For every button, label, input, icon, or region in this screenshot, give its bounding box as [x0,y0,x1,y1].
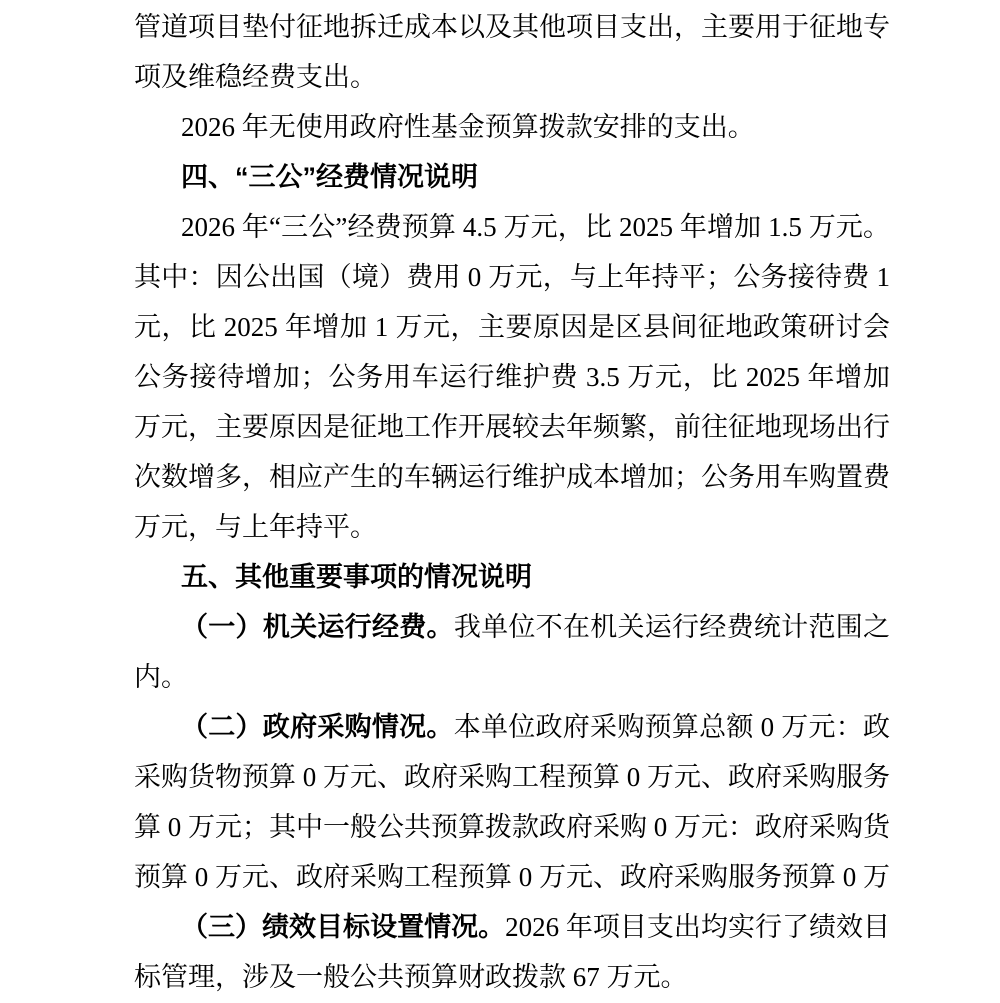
text-line: （一）机关运行经费。我单位不在机关运行经费统计范围之 [134,602,890,652]
text-segment: 采购货物预算 0 万元、政府采购工程预算 0 万元、政府采购服务预 [134,762,890,802]
text-line: 其中：因公出国（境）费用 0 万元，与上年持平；公务接待费 1 万 [134,252,890,302]
text-segment: 元，比 2025 年增加 1 万元，主要原因是区县间征地政策研讨会等 [134,312,890,352]
text-segment: 算 0 万元；其中一般公共预算拨款政府采购 0 万元：政府采购货物 [134,812,890,852]
text-segment: 2026 年无使用政府性基金预算拨款安排的支出。 [181,112,755,142]
text-line: （三）绩效目标设置情况。2026 年项目支出均实行了绩效目 [134,902,890,952]
text-segment: 次数增多，相应产生的车辆运行维护成本增加；公务用车购置费 0 [134,462,890,502]
text-segment: 万元，主要原因是征地工作开展较去年频繁，前往征地现场出行 [134,412,890,442]
text-line: 元，比 2025 年增加 1 万元，主要原因是区县间征地政策研讨会等 [134,302,890,352]
document-content: 管道项目垫付征地拆迁成本以及其他项目支出，主要用于征地专项及维稳经费支出。202… [134,2,890,1002]
text-line: 采购货物预算 0 万元、政府采购工程预算 0 万元、政府采购服务预 [134,752,890,802]
text-line: 2026 年“三公”经费预算 4.5 万元，比 2025 年增加 1.5 万元。 [134,202,890,252]
section-heading: 五、其他重要事项的情况说明 [134,552,890,602]
bold-lead-text: 四、“三公”经费情况说明 [181,162,478,192]
text-segment: 管道项目垫付征地拆迁成本以及其他项目支出，主要用于征地专 [134,12,890,42]
text-segment: 公务接待增加；公务用车运行维护费 3.5 万元，比 2025 年增加 0.5 [134,362,890,402]
text-segment: 预算 0 万元、政府采购工程预算 0 万元、政府采购服务预算 0 万元。 [134,862,890,902]
text-segment: 其中：因公出国（境）费用 0 万元，与上年持平；公务接待费 1 万 [134,262,890,302]
text-line: 算 0 万元；其中一般公共预算拨款政府采购 0 万元：政府采购货物 [134,802,890,852]
bold-lead-text: （三）绩效目标设置情况。 [181,912,505,942]
document-page: 管道项目垫付征地拆迁成本以及其他项目支出，主要用于征地专项及维稳经费支出。202… [0,0,1000,1003]
text-segment: 我单位不在机关运行经费统计范围之 [454,612,890,642]
text-line: 管道项目垫付征地拆迁成本以及其他项目支出，主要用于征地专 [134,2,890,52]
text-line: 次数增多，相应产生的车辆运行维护成本增加；公务用车购置费 0 [134,452,890,502]
text-line: 标管理，涉及一般公共预算财政拨款 67 万元。 [134,952,890,1002]
text-segment: 2026 年项目支出均实行了绩效目 [505,912,890,942]
text-segment: 2026 年“三公”经费预算 4.5 万元，比 2025 年增加 1.5 万元。 [181,212,890,242]
text-line: 2026 年无使用政府性基金预算拨款安排的支出。 [134,102,890,152]
text-line: 项及维稳经费支出。 [134,52,890,102]
text-line: 万元，主要原因是征地工作开展较去年频繁，前往征地现场出行 [134,402,890,452]
text-segment: 万元，与上年持平。 [134,512,377,542]
text-line: 内。 [134,652,890,702]
bold-lead-text: 五、其他重要事项的情况说明 [181,562,532,592]
text-line: （二）政府采购情况。本单位政府采购预算总额 0 万元：政府 [134,702,890,752]
text-segment: 内。 [134,662,188,692]
text-segment: 标管理，涉及一般公共预算财政拨款 67 万元。 [134,962,688,992]
text-segment: 项及维稳经费支出。 [134,62,377,92]
bold-lead-text: （二）政府采购情况。 [181,712,454,742]
text-line: 预算 0 万元、政府采购工程预算 0 万元、政府采购服务预算 0 万元。 [134,852,890,902]
text-line: 公务接待增加；公务用车运行维护费 3.5 万元，比 2025 年增加 0.5 [134,352,890,402]
text-line: 万元，与上年持平。 [134,502,890,552]
bold-lead-text: （一）机关运行经费。 [181,612,454,642]
section-heading: 四、“三公”经费情况说明 [134,152,890,202]
